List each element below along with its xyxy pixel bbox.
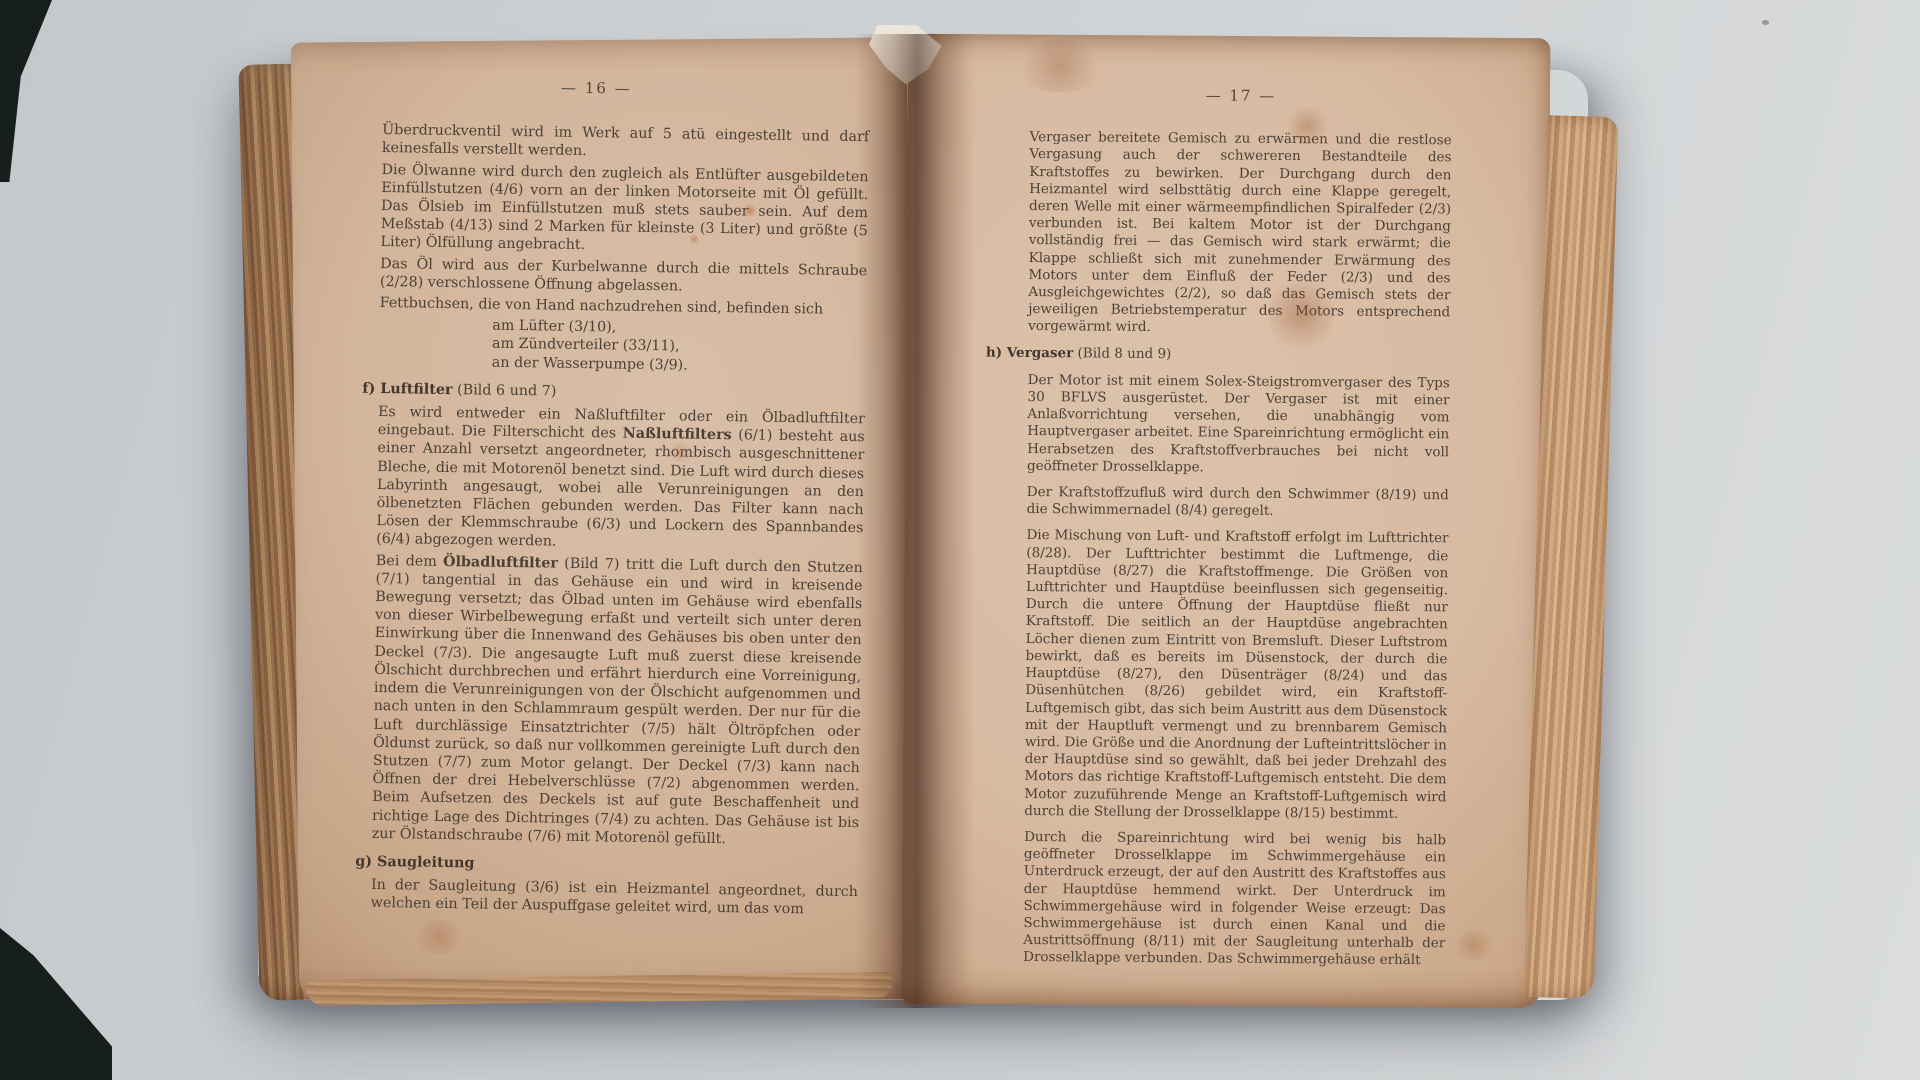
page-17-body: Vergaser bereitete Gemisch zu erwärmen u… — [1023, 129, 1452, 970]
section-figure-ref: (Bild 6 und 7) — [452, 382, 556, 400]
table-corner-top-left — [0, 0, 52, 182]
text-run: Die Ölwanne wird durch den zugleich als … — [380, 162, 868, 254]
section-tag: f) — [362, 381, 380, 397]
section-tag: g) — [355, 854, 377, 870]
paragraph: Überdruckventil wird im Werk auf 5 atü e… — [382, 121, 869, 165]
text-run: Durch die Spareinrichtung wird bei wenig… — [1023, 829, 1446, 969]
page-17-text-column: — 17 — Vergaser bereitete Gemisch zu erw… — [1023, 86, 1452, 979]
paragraph: Bei dem Ölbadluftfilter (Bild 7) tritt d… — [372, 552, 863, 850]
paragraph: Vergaser bereitete Gemisch zu erwärmen u… — [1028, 129, 1452, 339]
section-title: Saugleitung — [377, 854, 475, 871]
section-title: Luftfilter — [380, 381, 452, 398]
section-figure-ref: (Bild 8 und 9) — [1073, 345, 1171, 362]
book-photo: — 16 — Überdruckventil wird im Werk auf … — [0, 0, 1920, 1080]
paragraph: Fettbuchsen, die von Hand nachzudrehen s… — [379, 294, 866, 319]
section-title: Vergaser — [1007, 344, 1074, 361]
indented-list: am Lüfter (3/10),am Zündverteiler (33/11… — [492, 317, 867, 377]
text-run: Der Kraftstoffzufluß wird durch den Schw… — [1027, 484, 1449, 519]
dust-speck — [1762, 20, 1769, 25]
bold-term: Ölbadluftfilter — [443, 554, 558, 572]
table-corner-bottom-left — [0, 928, 112, 1080]
paragraph: Die Ölwanne wird durch den zugleich als … — [380, 161, 868, 259]
page-number-17: — 17 — — [1030, 86, 1452, 107]
paragraph: In der Saugleitung (3/6) ist ein Heizman… — [371, 876, 858, 920]
paragraph: Die Mischung von Luft- und Kraftstoff er… — [1024, 527, 1448, 823]
paragraph: Der Motor ist mit einem Solex-Steigstrom… — [1027, 372, 1450, 479]
text-run: Das Öl wird aus der Kurbelwanne durch di… — [380, 256, 867, 295]
paragraph: Das Öl wird aus der Kurbelwanne durch di… — [380, 255, 867, 299]
bold-term: Naßluftfilters — [623, 426, 732, 444]
text-run: (Bild 7) tritt die Luft durch den Stutze… — [372, 555, 863, 847]
paragraph: Der Kraftstoffzufluß wird durch den Schw… — [1027, 484, 1449, 522]
paragraph: Durch die Spareinrichtung wird bei wenig… — [1023, 829, 1446, 970]
text-run: Überdruckventil wird im Werk auf 5 atü e… — [382, 122, 869, 159]
text-run: Bei dem — [376, 553, 444, 570]
section-heading: g) Saugleitung — [355, 853, 858, 879]
text-run: (6/1) besteht aus einer Anzahl versetzt … — [376, 427, 865, 550]
text-run: In der Saugleitung (3/6) ist ein Heizman… — [371, 877, 858, 918]
paragraph: Es wird entweder ein Naßluftfilter oder … — [376, 403, 865, 556]
text-run: Die Mischung von Luft- und Kraftstoff er… — [1024, 527, 1448, 821]
section-heading: h) Vergaser (Bild 8 und 9) — [986, 344, 1450, 365]
section-tag: h) — [986, 344, 1007, 360]
text-run: Fettbuchsen, die von Hand nachzudrehen s… — [380, 295, 824, 318]
text-run: Vergaser bereitete Gemisch zu erwärmen u… — [1028, 129, 1452, 335]
page-16-body: Überdruckventil wird im Werk auf 5 atü e… — [371, 121, 870, 919]
text-run: Der Motor ist mit einem Solex-Steigstrom… — [1027, 372, 1450, 475]
section-heading: f) Luftfilter (Bild 6 und 7) — [362, 380, 865, 406]
page-16-text-column: — 16 — Überdruckventil wird im Werk auf … — [371, 76, 870, 923]
